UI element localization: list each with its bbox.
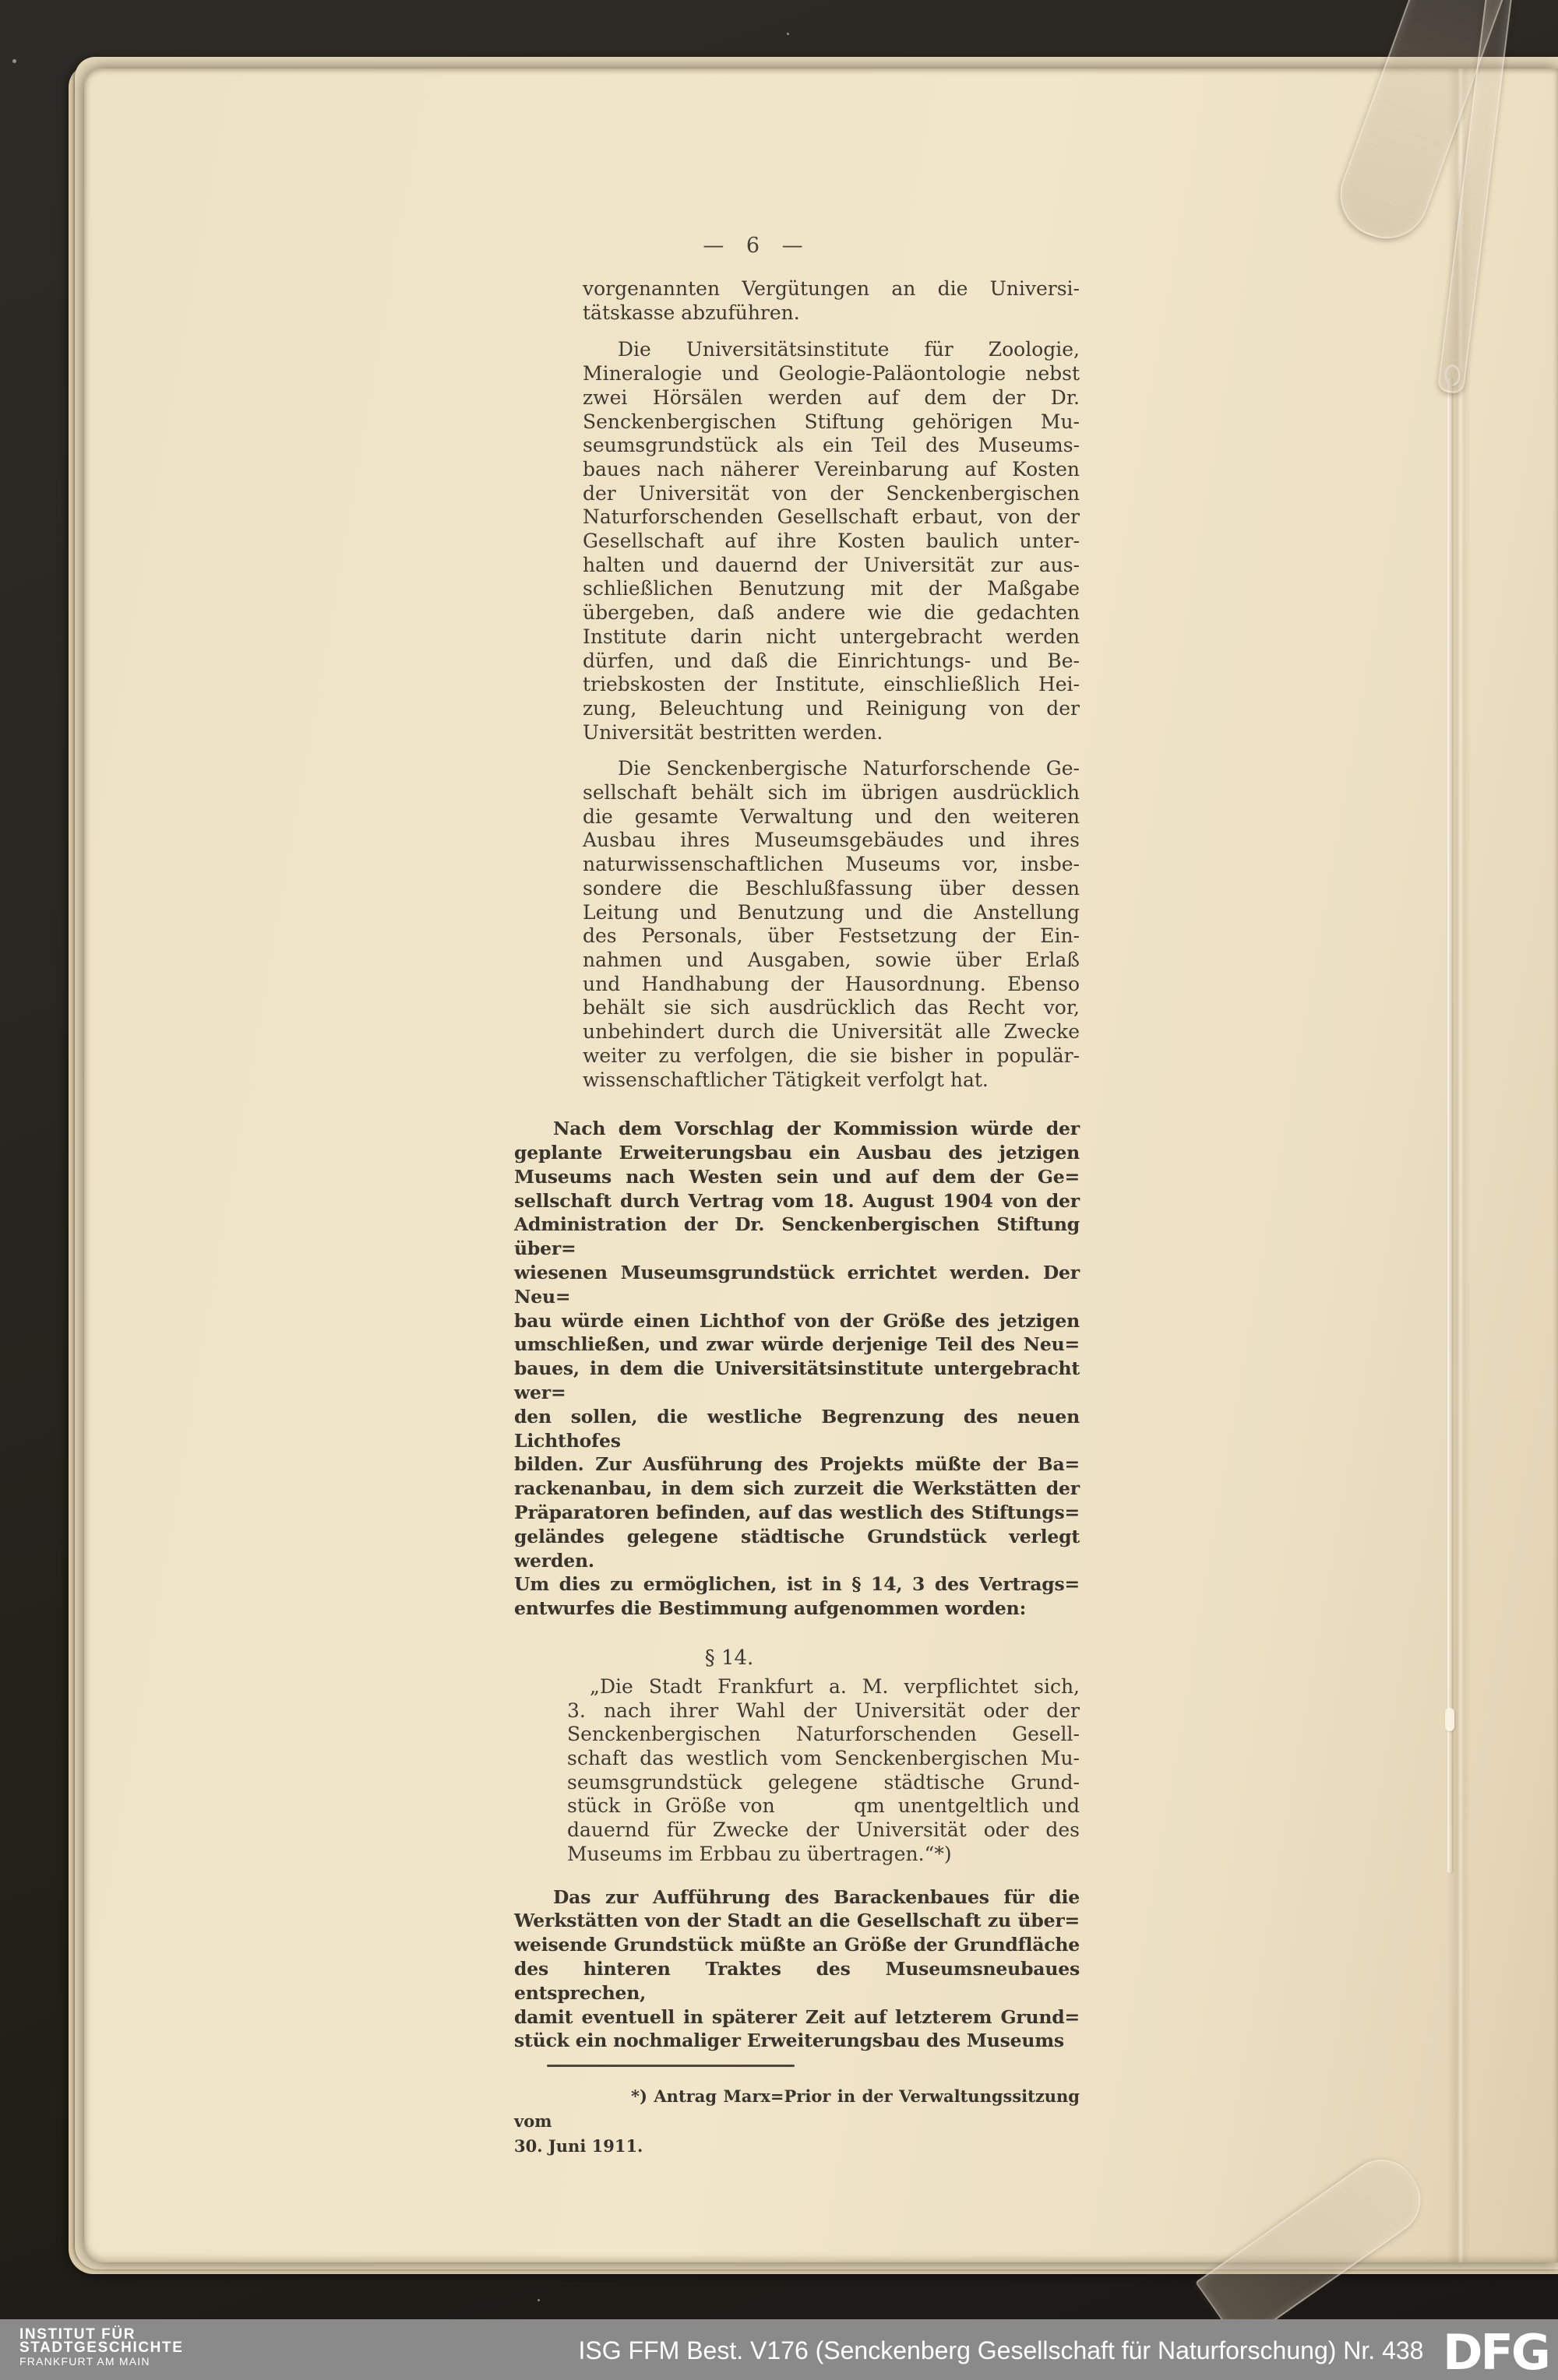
text-line: naturwissenschaftlichen Museums vor, ins… xyxy=(583,853,1080,877)
text-line: übergeben, daß andere wie die gedachten xyxy=(583,601,1080,625)
text-line: Senckenbergischen Naturforschenden Gesel… xyxy=(567,1723,1080,1747)
paragraph-antiqua: vorgenannten Vergütungen an die Universi… xyxy=(583,277,1080,325)
text-line: des hinteren Traktes des Museumsneubaues… xyxy=(514,1957,1080,2005)
paragraph-heading: § 14. xyxy=(514,1646,1080,1671)
text-line: triebskosten der Institute, einschließli… xyxy=(583,673,1080,697)
text-line: zung, Beleuchtung und Reinigung von der xyxy=(583,697,1080,721)
dust-speck xyxy=(787,33,789,35)
paragraph-antiqua: Die Universitätsinstitute für Zoologie,M… xyxy=(583,338,1080,745)
text-line: seumsgrundstück gelegene städtische Grun… xyxy=(567,1771,1080,1795)
text-line: Präparatoren befinden, auf das westlich … xyxy=(514,1501,1080,1525)
scanned-page: — 6 — vorgenannten Vergütungen an die Un… xyxy=(84,69,1558,2262)
paragraph-fraktur: Nach dem Vorschlag der Kommission würde … xyxy=(514,1117,1080,1621)
institute-line3: FRANKFURT AM MAIN xyxy=(19,2355,183,2368)
text-line: Senckenbergischen Stiftung gehörigen Mu- xyxy=(583,410,1080,435)
text-line: Das zur Aufführung des Barackenbaues für… xyxy=(514,1885,1080,1910)
dust-speck xyxy=(12,59,16,63)
text-line: Institute darin nicht untergebracht werd… xyxy=(583,625,1080,650)
text-line: 3. nach ihrer Wahl der Universität oder … xyxy=(567,1699,1080,1723)
text-line: Um dies zu ermöglichen, ist in § 14, 3 d… xyxy=(514,1572,1080,1597)
text-line: Leitung und Benutzung und die Anstellung xyxy=(583,901,1080,925)
text-line: behält sie sich ausdrücklich das Recht v… xyxy=(583,996,1080,1020)
text-line: seumsgrundstück als ein Teil des Museums… xyxy=(583,434,1080,458)
text-line: dürfen, und daß die Einrichtungs- und Be… xyxy=(583,650,1080,674)
institute-line2: STADTGESCHICHTE xyxy=(19,2341,183,2354)
text-line: dauernd für Zwecke der Universität oder … xyxy=(567,1818,1080,1843)
text-line: Universität bestritten werden. xyxy=(583,721,1080,745)
scan-background: — 6 — vorgenannten Vergütungen an die Un… xyxy=(0,0,1558,2319)
text-line: des Personals, über Festsetzung der Ein- xyxy=(583,924,1080,949)
text-line: wiesenen Museumsgrundstück errichtet wer… xyxy=(514,1261,1080,1309)
text-line: baues, in dem die Universitätsinstitute … xyxy=(514,1357,1080,1405)
text-line: umschließen, und zwar würde derjenige Te… xyxy=(514,1333,1080,1357)
archive-reference: ISG FFM Best. V176 (Senckenberg Gesellsc… xyxy=(579,2336,1424,2365)
text-line: bau würde einen Lichthof von der Größe d… xyxy=(514,1309,1080,1333)
text-line: weiter zu verfolgen, die sie bisher in p… xyxy=(583,1044,1080,1069)
text-line: § 14. xyxy=(514,1646,944,1671)
text-line: tätskasse abzuführen. xyxy=(583,301,1080,326)
text-line: schaft das westlich vom Senckenbergische… xyxy=(567,1747,1080,1771)
archive-caption-bar: INSTITUT FÜR STADTGESCHICHTE FRANKFURT A… xyxy=(0,2319,1558,2380)
text-line: geländes gelegene städtische Grundstück … xyxy=(514,1525,1080,1573)
text-line: Naturforschenden Gesellschaft erbaut, vo… xyxy=(583,505,1080,530)
page-number: — 6 — xyxy=(636,234,870,258)
text-line: vorgenannten Vergütungen an die Universi… xyxy=(583,277,1080,301)
text-line: geplante Erweiterungsbau ein Ausbau des … xyxy=(514,1141,1080,1165)
text-line: damit eventuell in späterer Zeit auf let… xyxy=(514,2005,1080,2030)
text-line: Administration der Dr. Senckenbergischen… xyxy=(514,1213,1080,1261)
text-line: Ausbau ihres Museumsgebäudes und ihres xyxy=(583,829,1080,853)
text-column: vorgenannten Vergütungen an die Universi… xyxy=(514,277,1080,2159)
text-line: *) Antrag Marx=Prior in der Verwaltungss… xyxy=(514,2084,1080,2134)
text-line: sellschaft durch Vertrag vom 18. August … xyxy=(514,1189,1080,1213)
text-line: stück ein nochmaliger Erweiterungsbau de… xyxy=(514,2029,1080,2053)
dust-speck xyxy=(538,2299,540,2301)
text-line: baues nach näherer Vereinbarung auf Kost… xyxy=(583,458,1080,482)
binding-thread-knot xyxy=(1445,1708,1454,1731)
text-line: und Handhabung der Hausordnung. Ebenso xyxy=(583,973,1080,997)
text-line: stück in Größe von qm unentgeltlich und xyxy=(567,1794,1080,1818)
text-line: zwei Hörsälen werden auf dem der Dr. xyxy=(583,386,1080,410)
footnote-separator-rule xyxy=(547,2065,795,2067)
text-line: 30. Juni 1911. xyxy=(514,2134,1080,2159)
text-line: nahmen und Ausgaben, sowie über Erlaß xyxy=(583,949,1080,973)
text-line: rackenanbau, in dem sich zurzeit die Wer… xyxy=(514,1477,1080,1501)
text-line: Werkstätten von der Stadt an die Gesells… xyxy=(514,1909,1080,1933)
text-line: „Die Stadt Frankfurt a. M. verpflichtet … xyxy=(567,1675,1080,1699)
text-line: halten und dauernd der Universität zur a… xyxy=(583,554,1080,578)
text-line: Mineralogie und Geologie-Paläontologie n… xyxy=(583,362,1080,386)
binding-thread xyxy=(1447,378,1452,1873)
paragraph-quote: „Die Stadt Frankfurt a. M. verpflichtet … xyxy=(567,1675,1080,1867)
text-line: Die Senckenbergische Naturforschende Ge- xyxy=(583,757,1080,781)
paragraph-fraktur: Das zur Aufführung des Barackenbaues für… xyxy=(514,1885,1080,2054)
text-line: Museums im Erbbau zu übertragen.“*) xyxy=(567,1843,1080,1867)
text-line: weisende Grundstück müßte an Größe der G… xyxy=(514,1933,1080,1957)
text-line: schließlichen Benutzung mit der Maßgabe xyxy=(583,577,1080,601)
paragraph-footnote: *) Antrag Marx=Prior in der Verwaltungss… xyxy=(514,2084,1080,2159)
text-line: wissenschaftlicher Tätigkeit verfolgt ha… xyxy=(583,1069,1080,1093)
text-line: Nach dem Vorschlag der Kommission würde … xyxy=(514,1117,1080,1141)
paragraph-antiqua: Die Senckenbergische Naturforschende Ge-… xyxy=(583,757,1080,1092)
text-line: den sollen, die westliche Begrenzung des… xyxy=(514,1405,1080,1453)
text-line: der Universität von der Senckenbergische… xyxy=(583,482,1080,506)
dfg-logo: DFG xyxy=(1443,2324,1549,2380)
text-line: Die Universitätsinstitute für Zoologie, xyxy=(583,338,1080,362)
text-line: entwurfes die Bestimmung aufgenommen wor… xyxy=(514,1597,1080,1621)
text-line: unbehindert durch die Universität alle Z… xyxy=(583,1020,1080,1044)
institute-logo-text: INSTITUT FÜR STADTGESCHICHTE FRANKFURT A… xyxy=(19,2328,183,2368)
text-line: sondere die Beschlußfassung über dessen xyxy=(583,877,1080,901)
text-line: die gesamte Verwaltung und den weiteren xyxy=(583,805,1080,829)
text-line: bilden. Zur Ausführung des Projekts müßt… xyxy=(514,1452,1080,1477)
text-line: Museums nach Westen sein und auf dem der… xyxy=(514,1165,1080,1189)
text-line: sellschaft behält sich im übrigen ausdrü… xyxy=(583,781,1080,805)
text-line: Gesellschaft auf ihre Kosten baulich unt… xyxy=(583,530,1080,554)
